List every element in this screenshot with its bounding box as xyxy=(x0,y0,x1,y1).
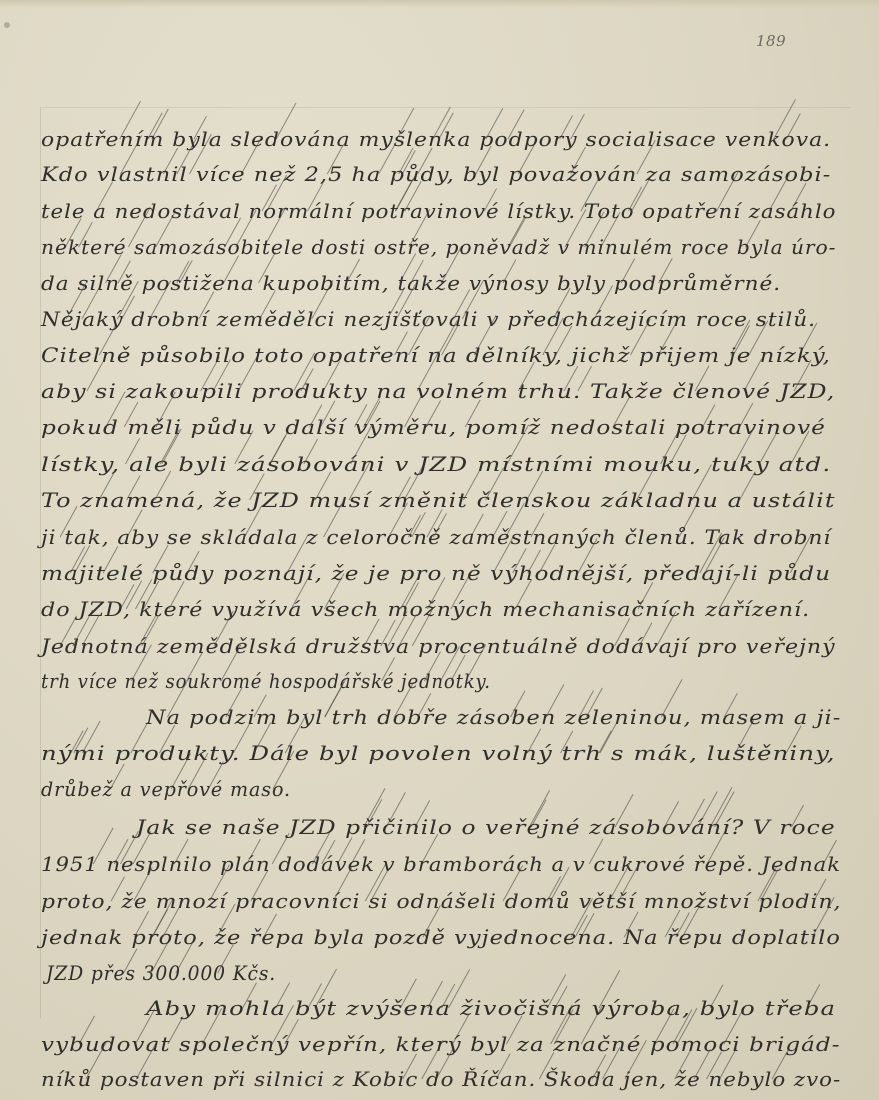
text-line: Nějaký drobní zemědělci nezjišťovali v p… xyxy=(41,308,816,331)
page-edge xyxy=(0,0,879,8)
chronicle-page: 189 opatřením byla sledována myšlenka po… xyxy=(0,0,879,1100)
text-line: Citelně působilo toto opatření na dělník… xyxy=(41,344,831,367)
handwritten-text-block: opatřením byla sledována myšlenka podpor… xyxy=(40,107,851,1018)
text-line: JZD přes 300.000 Kčs. xyxy=(46,962,276,985)
text-line: Jednotná zemědělská družstva procentuáln… xyxy=(41,635,836,658)
text-line: proto, že mnozí pracovníci si odnášeli d… xyxy=(41,890,841,913)
text-line: pokud měli půdu v další výměru, pomíž ne… xyxy=(41,416,826,439)
paragraph-start-line: Na podzim byl trh dobře zásoben zelenino… xyxy=(146,706,841,729)
text-line: 1951 nesplnilo plán dodávek v bramborách… xyxy=(41,853,841,876)
text-line: Kdo vlastnil více než 2,5 ha půdy, byl p… xyxy=(41,163,831,186)
text-line: některé samozásobitele dosti ostře, poně… xyxy=(41,236,836,259)
text-line: nými produkty. Dále byl povolen volný tr… xyxy=(41,742,836,765)
text-line: majitelé půdy poznají, že je pro ně výho… xyxy=(41,562,831,585)
paragraph-start-line: Jak se naše JZD přičinilo o veřejné záso… xyxy=(136,816,836,839)
page-number: 189 xyxy=(756,32,786,50)
text-line: do JZD, které využívá všech možných mech… xyxy=(41,598,810,621)
text-line: aby si zakoupili produkty na volném trhu… xyxy=(41,380,835,403)
text-line: jednak proto, že řepa byla pozdě vyjedno… xyxy=(41,926,841,949)
text-line: tele a nedostával normální potravinové l… xyxy=(41,200,836,223)
text-line: níků postaven při silnici z Kobic do Říč… xyxy=(41,1068,841,1091)
text-line: drůbež a vepřové maso. xyxy=(41,778,291,801)
text-line: da silně postižena kupobitím, takže výno… xyxy=(41,272,781,295)
text-line: lístky, ale byli zásobováni v JZD místní… xyxy=(41,453,831,476)
text-line: trh více než soukromé hospodářské jednot… xyxy=(41,670,491,693)
paragraph-start-line: Aby mohla být zvýšena živočišná výroba, … xyxy=(146,997,836,1020)
text-line: ji tak, aby se skládala z celoročně zamě… xyxy=(41,526,831,549)
text-line: To znamená, že JZD musí změnit členskou … xyxy=(41,489,836,512)
text-line: opatřením byla sledována myšlenka podpor… xyxy=(41,128,831,151)
paper-spot xyxy=(4,22,10,28)
text-line: vybudovat společný vepřín, který byl za … xyxy=(41,1033,841,1056)
